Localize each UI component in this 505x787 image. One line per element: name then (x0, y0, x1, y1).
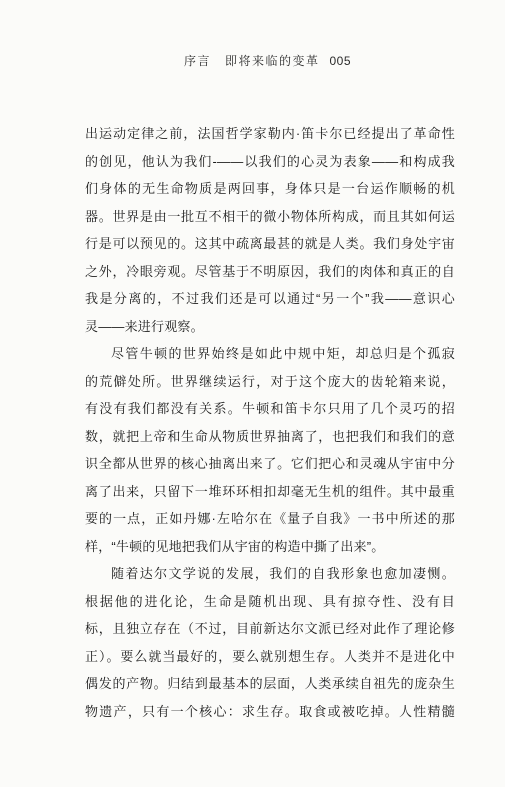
text-line: 的创见，他认为我们-——以我们的心灵为表象——和构成我 (85, 148, 455, 176)
chapter-title: 即将来临的变革 (225, 54, 320, 68)
text-body: 出运动定律之前，法国哲学家勒内·笛卡尔已经提出了革命性的创见，他认为我们-——以… (85, 120, 455, 725)
text-line: 样，“牛顿的见地把我们从宇宙的构造中撕了出来”。 (85, 533, 455, 561)
text-line: 出运动定律之前，法国哲学家勒内·笛卡尔已经提出了革命性 (85, 120, 455, 148)
text-line: 的荒僻处所。世界继续运行，对于这个庞大的齿轮箱来说， (85, 368, 455, 396)
text-line: 根据他的进化论，生命是随机出现、具有掠夺性、没有目 (85, 588, 455, 616)
text-line: 要的一点，正如丹娜·左哈尔在《量子自我》一书中所述的那 (85, 505, 455, 533)
text-line: 随着达尔文学说的发展，我们的自我形象也愈加凄恻。 (85, 560, 455, 588)
text-line: 器。世界是由一批互不相干的微小物体所构成，而且其如何运 (85, 203, 455, 231)
text-line: 有没有我们都没有关系。牛顿和笛卡尔只用了几个灵巧的招 (85, 395, 455, 423)
page-number: 005 (330, 54, 352, 68)
paragraph: 随着达尔文学说的发展，我们的自我形象也愈加凄恻。根据他的进化论，生命是随机出现、… (85, 560, 455, 725)
section-label: 序言 (184, 54, 211, 68)
paragraph: 出运动定律之前，法国哲学家勒内·笛卡尔已经提出了革命性的创见，他认为我们-——以… (85, 120, 455, 340)
text-line: 行是可以预见的。这其中疏离最甚的就是人类。我们身处宇宙 (85, 230, 455, 258)
text-line: 我是分离的，不过我们还是可以通过“另一个”我——意识心 (85, 285, 455, 313)
text-line: 灵——来进行观察。 (85, 313, 455, 341)
text-line: 尽管牛顿的世界始终是如此中规中矩，却总归是个孤寂 (85, 340, 455, 368)
text-line: 们身体的无生命物质是两回事，身体只是一台运作顺畅的机 (85, 175, 455, 203)
book-page: 序言即将来临的变革005 出运动定律之前，法国哲学家勒内·笛卡尔已经提出了革命性… (0, 0, 505, 787)
text-line: 识全都从世界的核心抽离出来了。它们把心和灵魂从宇宙中分 (85, 450, 455, 478)
text-line: 之外，冷眼旁观。尽管基于不明原因，我们的肉体和真正的自 (85, 258, 455, 286)
page-header: 序言即将来临的变革005 (15, 52, 505, 69)
text-line: 正）。要么就当最好的，要么就别想生存。人类并不是进化中 (85, 643, 455, 671)
text-line: 标，且独立存在（不过，目前新达尔文派已经对此作了理论修 (85, 615, 455, 643)
text-line: 物遗产，只有一个核心：求生存。取食或被吃掉。人性精髓 (85, 698, 455, 726)
text-line: 偶发的产物。归结到最基本的层面，人类承续自祖先的庞杂生 (85, 670, 455, 698)
paragraph: 尽管牛顿的世界始终是如此中规中矩，却总归是个孤寂的荒僻处所。世界继续运行，对于这… (85, 340, 455, 560)
text-line: 数，就把上帝和生命从物质世界抽离了，也把我们和我们的意 (85, 423, 455, 451)
text-line: 离了出来，只留下一堆环环相扣却毫无生机的组件。其中最重 (85, 478, 455, 506)
